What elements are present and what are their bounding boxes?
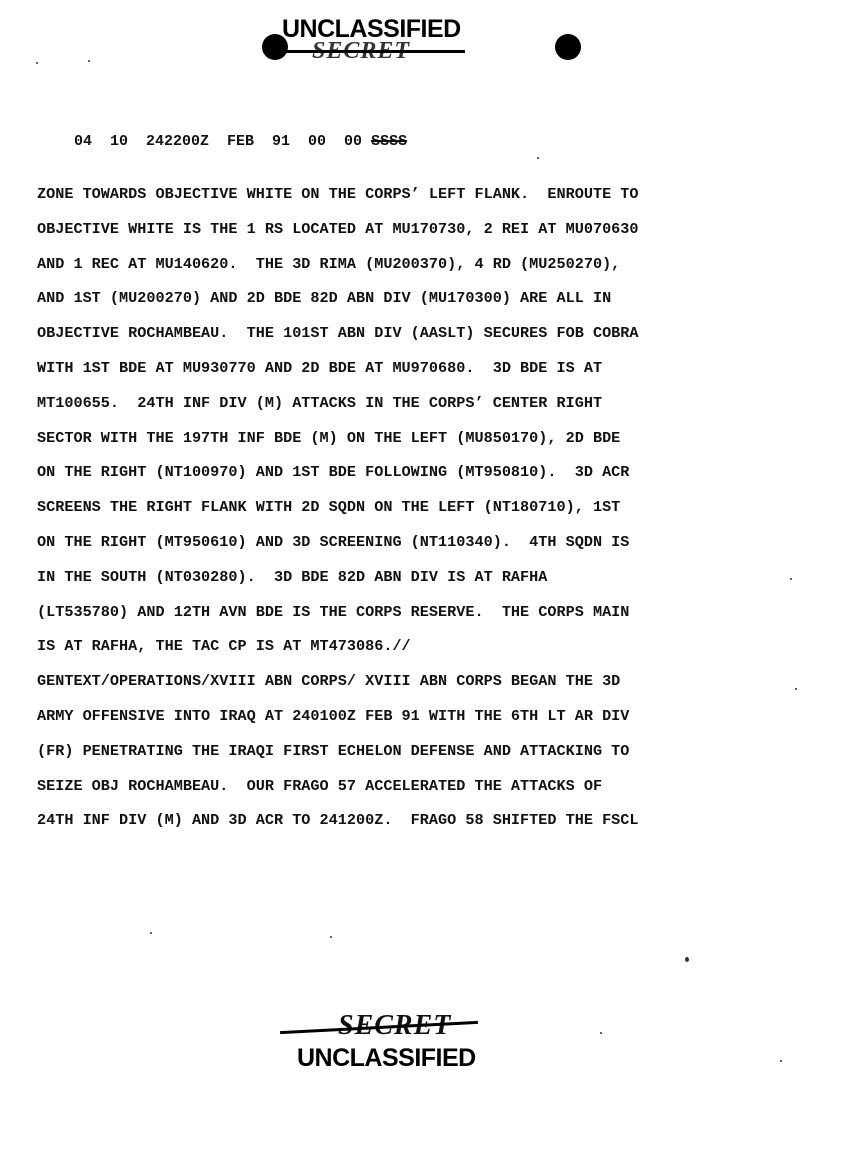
header-struck-code: SSSS [371, 133, 407, 150]
scan-speck [600, 1032, 602, 1034]
body-line: MT100655. 24TH INF DIV (M) ATTACKS IN TH… [37, 393, 817, 428]
body-line: IN THE SOUTH (NT030280). 3D BDE 82D ABN … [37, 567, 817, 602]
body-line: AND 1ST (MU200270) AND 2D BDE 82D ABN DI… [37, 288, 817, 323]
body-line: (LT535780) AND 12TH AVN BDE IS THE CORPS… [37, 602, 817, 637]
scan-speck [88, 60, 90, 62]
scan-speck [537, 157, 539, 159]
body-line: (FR) PENETRATING THE IRAQI FIRST ECHELON… [37, 741, 817, 776]
scan-speck [780, 1060, 782, 1062]
body-line: ON THE RIGHT (NT100970) AND 1ST BDE FOLL… [37, 462, 817, 497]
body-line: 24TH INF DIV (M) AND 3D ACR TO 241200Z. … [37, 810, 817, 845]
scan-speck [36, 62, 38, 64]
scan-speck [795, 688, 797, 690]
body-line: WITH 1ST BDE AT MU930770 AND 2D BDE AT M… [37, 358, 817, 393]
punch-hole-right [555, 34, 581, 60]
body-line: SEIZE OBJ ROCHAMBEAU. OUR FRAGO 57 ACCEL… [37, 776, 817, 811]
body-line: AND 1 REC AT MU140620. THE 3D RIMA (MU20… [37, 254, 817, 289]
scan-speck [330, 936, 332, 938]
body-line: ON THE RIGHT (MT950610) AND 3D SCREENING… [37, 532, 817, 567]
body-line: SECTOR WITH THE 197TH INF BDE (M) ON THE… [37, 428, 817, 463]
body-line: ARMY OFFENSIVE INTO IRAQ AT 240100Z FEB … [37, 706, 817, 741]
scan-speck [150, 932, 152, 934]
bottom-unclassified-stamp: UNCLASSIFIED [297, 1044, 476, 1073]
scan-speck [790, 578, 792, 580]
body-line: SCREENS THE RIGHT FLANK WITH 2D SQDN ON … [37, 497, 817, 532]
document-page: UNCLASSIFIED SECRET 04 10 242200Z FEB 91… [0, 0, 850, 1156]
body-line: ZONE TOWARDS OBJECTIVE WHITE ON THE CORP… [37, 184, 817, 219]
body-line: IS AT RAFHA, THE TAC CP IS AT MT473086./… [37, 636, 817, 671]
message-body: ZONE TOWARDS OBJECTIVE WHITE ON THE CORP… [37, 184, 817, 845]
scan-speck [685, 957, 689, 962]
message-header: 04 10 242200Z FEB 91 00 00 SSSS [38, 116, 416, 167]
body-line: GENTEXT/OPERATIONS/XVIII ABN CORPS/ XVII… [37, 671, 817, 706]
header-fields: 04 10 242200Z FEB 91 00 00 [74, 133, 371, 150]
body-line: OBJECTIVE ROCHAMBEAU. THE 101ST ABN DIV … [37, 323, 817, 358]
body-line: OBJECTIVE WHITE IS THE 1 RS LOCATED AT M… [37, 219, 817, 254]
top-strike-line [285, 50, 465, 53]
